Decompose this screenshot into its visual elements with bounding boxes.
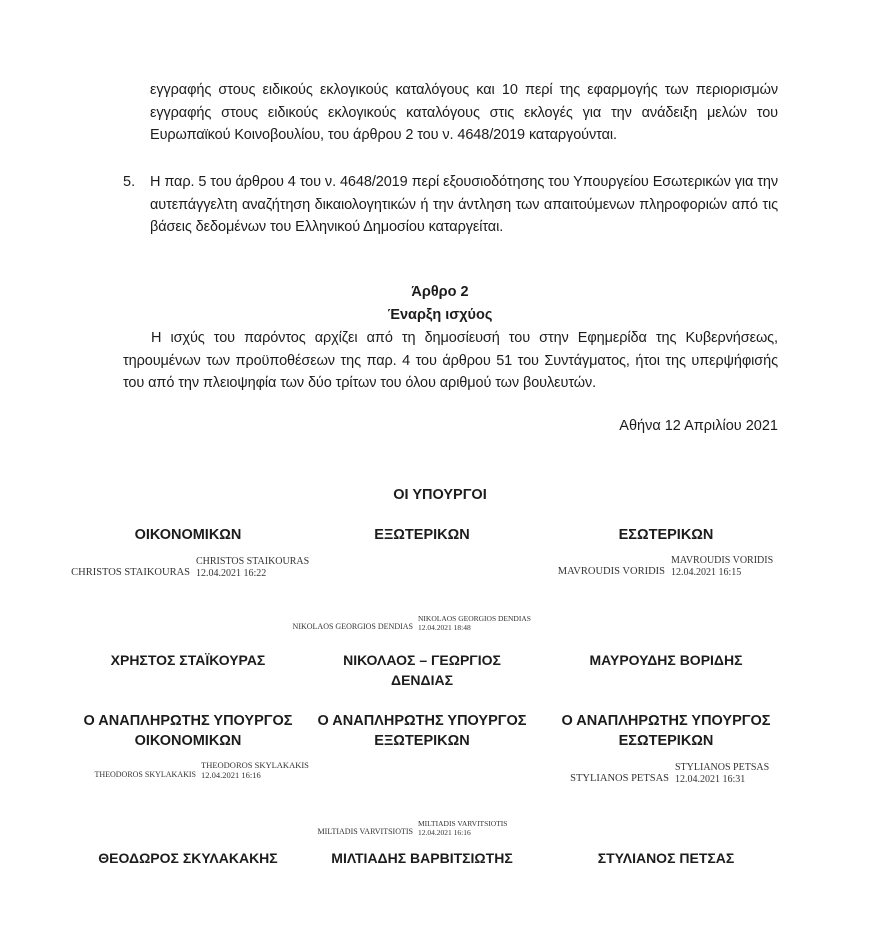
signature-timestamp: 12.04.2021 16:15	[671, 567, 773, 579]
printed-name-staikouras: ΧΡΗΣΤΟΣ ΣΤΑΪΚΟΥΡΑΣ	[88, 650, 288, 670]
signature-timestamp: 12.04.2021 16:16	[201, 771, 309, 781]
signature-name: NIKOLAOS GEORGIOS DENDIAS	[293, 622, 413, 632]
date-line: Αθήνα 12 Απριλίου 2021	[619, 418, 778, 434]
article-subtitle: Έναρξη ισχύος	[0, 307, 880, 323]
ministers-heading: ΟΙ ΥΠΟΥΡΓΟΙ	[0, 485, 880, 505]
printed-name-dendias-line2: ΔΕΝΔΙΑΣ	[322, 670, 522, 690]
signature-timestamp: 12.04.2021 16:16	[418, 829, 507, 838]
article-body: Η ισχύς του παρόντος αρχίζει από τη δημο…	[123, 327, 778, 395]
continued-paragraph: εγγραφής στους ειδικούς εκλογικούς καταλ…	[150, 79, 778, 147]
deputy-title-finance-line1: Ο ΑΝΑΠΛΗΡΩΤΗΣ ΥΠΟΥΡΓΟΣ	[68, 711, 308, 731]
deputy-title-finance-line2: ΟΙΚΟΝΟΜΙΚΩΝ	[68, 731, 308, 751]
digital-signature-staikouras[interactable]: CHRISTOS STAIKOURAS CHRISTOS STAIKOURAS …	[196, 556, 309, 579]
signature-timestamp: 12.04.2021 16:22	[196, 568, 309, 580]
signature-signer: CHRISTOS STAIKOURAS	[196, 556, 309, 568]
signature-name: MAVROUDIS VORIDIS	[558, 566, 665, 578]
ministry-heading-interior: ΕΣΩΤΕΡΙΚΩΝ	[566, 525, 766, 545]
digital-signature-varvitsiotis[interactable]: MILTIADIS VARVITSIOTIS MILTIADIS VARVITS…	[418, 820, 507, 837]
signature-signer: STYLIANOS PETSAS	[675, 762, 769, 774]
digital-signature-voridis[interactable]: MAVROUDIS VORIDIS MAVROUDIS VORIDIS 12.0…	[671, 555, 773, 578]
list-item-5: Η παρ. 5 του άρθρου 4 του ν. 4648/2019 π…	[150, 171, 778, 239]
signature-signer: MAVROUDIS VORIDIS	[671, 555, 773, 567]
deputy-title-interior-line2: ΕΣΩΤΕΡΙΚΩΝ	[546, 731, 786, 751]
digital-signature-petsas[interactable]: STYLIANOS PETSAS STYLIANOS PETSAS 12.04.…	[675, 762, 769, 785]
signature-name: CHRISTOS STAIKOURAS	[71, 567, 190, 579]
deputy-title-foreign-line2: ΕΞΩΤΕΡΙΚΩΝ	[302, 731, 542, 751]
signature-name: STYLIANOS PETSAS	[570, 773, 669, 785]
digital-signature-skylakakis[interactable]: THEODOROS SKYLAKAKIS THEODOROS SKYLAKAKI…	[201, 761, 309, 780]
ministry-heading-foreign: ΕΞΩΤΕΡΙΚΩΝ	[322, 525, 522, 545]
signature-timestamp: 12.04.2021 18:48	[418, 624, 531, 633]
deputy-title-interior-line1: Ο ΑΝΑΠΛΗΡΩΤΗΣ ΥΠΟΥΡΓΟΣ	[546, 711, 786, 731]
printed-name-skylakakis: ΘΕΟΔΩΡΟΣ ΣΚΥΛΑΚΑΚΗΣ	[88, 848, 288, 868]
deputy-title-foreign-line1: Ο ΑΝΑΠΛΗΡΩΤΗΣ ΥΠΟΥΡΓΟΣ	[302, 711, 542, 731]
document-page: εγγραφής στους ειδικούς εκλογικούς καταλ…	[0, 0, 880, 950]
ministry-heading-finance: ΟΙΚΟΝΟΜΙΚΩΝ	[88, 525, 288, 545]
digital-signature-dendias[interactable]: NIKOLAOS GEORGIOS DENDIAS NIKOLAOS GEORG…	[418, 615, 531, 632]
list-item-number: 5.	[123, 171, 135, 194]
article-title: Άρθρο 2	[0, 284, 880, 300]
signature-timestamp: 12.04.2021 16:31	[675, 774, 769, 786]
printed-name-petsas: ΣΤΥΛΙΑΝΟΣ ΠΕΤΣΑΣ	[566, 848, 766, 868]
signature-name: THEODOROS SKYLAKAKIS	[94, 770, 196, 780]
printed-name-varvitsiotis: ΜΙΛΤΙΑΔΗΣ ΒΑΡΒΙΤΣΙΩΤΗΣ	[312, 848, 532, 868]
signature-name: MILTIADIS VARVITSIOTIS	[318, 827, 413, 837]
printed-name-dendias-line1: ΝΙΚΟΛΑΟΣ – ΓΕΩΡΓΙΟΣ	[322, 650, 522, 670]
printed-name-voridis: ΜΑΥΡΟΥΔΗΣ ΒΟΡΙΔΗΣ	[566, 650, 766, 670]
